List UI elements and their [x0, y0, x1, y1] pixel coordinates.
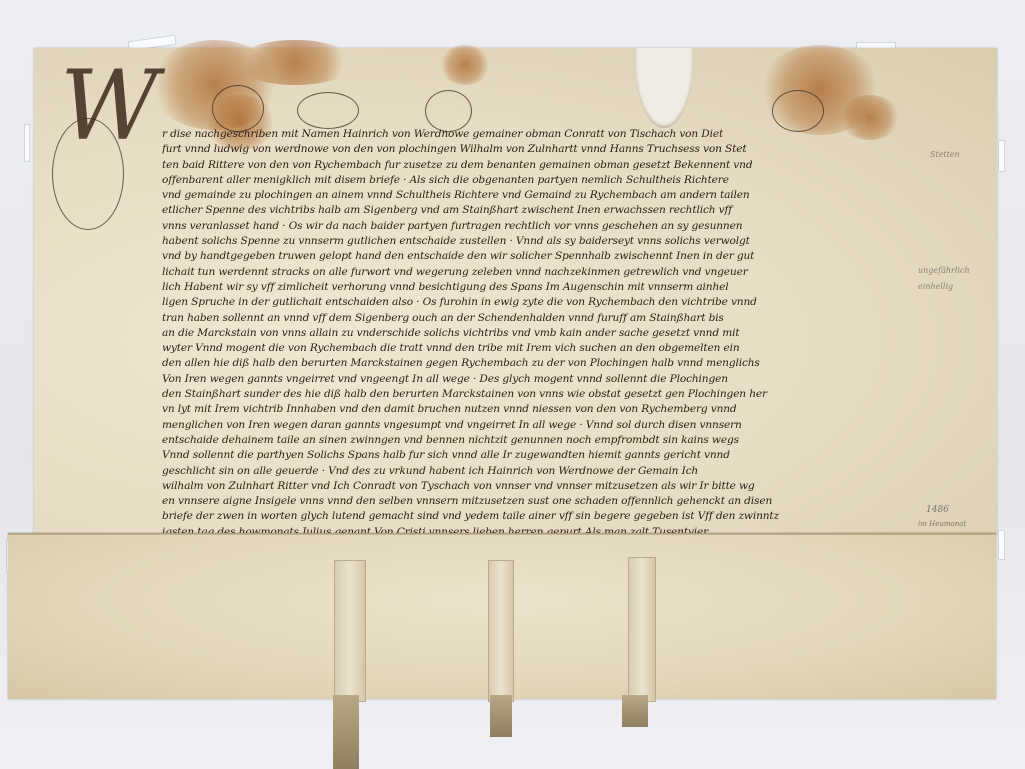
flourish-loop [425, 90, 472, 132]
text-line: offenbarent aller menigklich mit disem b… [162, 173, 922, 188]
text-line: furt vnnd ludwig von werdnowe von den vo… [162, 142, 922, 157]
mounting-tape-left [24, 124, 30, 162]
text-line: vn lyt mit Irem vichtrib Innhaben vnd de… [162, 402, 922, 417]
flourish-loop [772, 90, 824, 132]
text-line: etlicher Spenne des vichtribs halb am Si… [162, 203, 922, 218]
text-line: den allen hie diß halb den berurten Marc… [162, 356, 922, 371]
mounting-tape-right [998, 140, 1005, 172]
seal-strip-1-tail [333, 695, 359, 769]
text-line: lichait tun werdennt stracks on alle fur… [162, 265, 922, 280]
text-line: r dise nachgeschriben mit Namen Hainrich… [162, 127, 922, 142]
stain [235, 40, 355, 85]
text-line: menglichen von Iren wegen daran gannts v… [162, 418, 922, 433]
text-line: vnd by handtgegeben truwen gelopt hand d… [162, 249, 922, 264]
text-line: Von Iren wegen gannts vngeirret vnd vnge… [162, 372, 922, 387]
text-line: tran haben sollennt an vnnd vff dem Sige… [162, 311, 922, 326]
margin-note: einhellig [918, 282, 953, 291]
stain [440, 45, 490, 85]
margin-note: Stetten [930, 150, 960, 159]
flourish-loop [297, 92, 359, 129]
date-annotation-sub: im Heumonat [918, 520, 966, 528]
seal-strip-1 [334, 560, 366, 702]
margin-note: ungefährlich [918, 266, 970, 275]
text-line: geschlicht sin on alle geuerde · Vnd des… [162, 464, 922, 479]
text-line: den Stainßhart sunder des hie diß halb d… [162, 387, 922, 402]
date-annotation: 1486 [926, 505, 949, 515]
mounting-tape-right-lower [998, 530, 1005, 560]
text-line: an die Marckstain von vnns allain zu vnd… [162, 326, 922, 341]
text-line: en vnnsere aigne Insigele vnns vnnd den … [162, 494, 922, 509]
text-line: wilhalm von Zulnhart Ritter vnd Ich Conr… [162, 479, 922, 494]
text-line: vnns veranlasset hand · Os wir da nach b… [162, 219, 922, 234]
flourish-loop [52, 118, 124, 230]
text-line: wyter Vnnd mogent die von Rychembach die… [162, 341, 922, 356]
text-line: vnd gemainde zu plochingen an ainem vnnd… [162, 188, 922, 203]
seal-strip-2-tail [490, 695, 512, 737]
text-line: briefe der zwen in worten glych lutend g… [162, 509, 922, 524]
text-line: entschaide dehainem taile an sinen zwinn… [162, 433, 922, 448]
text-line: lich Habent wir sy vff zimlicheit verhor… [162, 280, 922, 295]
charter-text: r dise nachgeschriben mit Namen Hainrich… [162, 127, 922, 555]
seal-strip-2 [488, 560, 514, 702]
text-line: habent solichs Spenne zu vnnserm gutlich… [162, 234, 922, 249]
text-line: Vnnd sollennt die parthyen Solichs Spans… [162, 448, 922, 463]
seal-strip-3 [628, 557, 656, 702]
text-line: ligen Spruche in der gutlichait entschai… [162, 295, 922, 310]
text-line: ten baid Rittere von den von Rychembach … [162, 158, 922, 173]
flourish-loop [212, 85, 264, 132]
seal-strip-3-tail [622, 695, 648, 727]
fold-line [8, 533, 996, 535]
